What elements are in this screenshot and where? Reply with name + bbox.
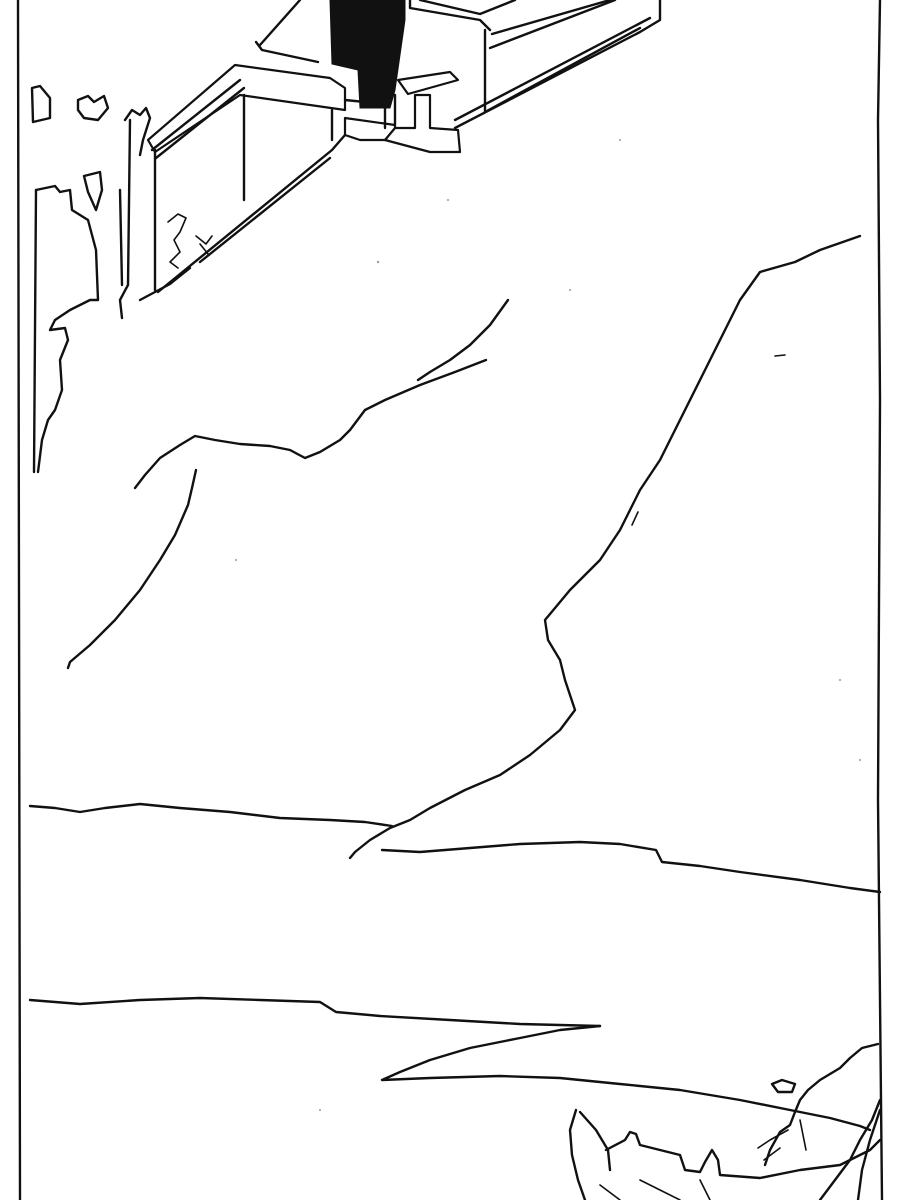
line-drawing xyxy=(0,0,900,1200)
fortress xyxy=(148,0,660,292)
ruined-walls xyxy=(32,86,212,472)
paper-speckles xyxy=(235,139,861,1111)
bird-and-branches xyxy=(570,1044,880,1200)
contour-lines xyxy=(30,236,880,1130)
